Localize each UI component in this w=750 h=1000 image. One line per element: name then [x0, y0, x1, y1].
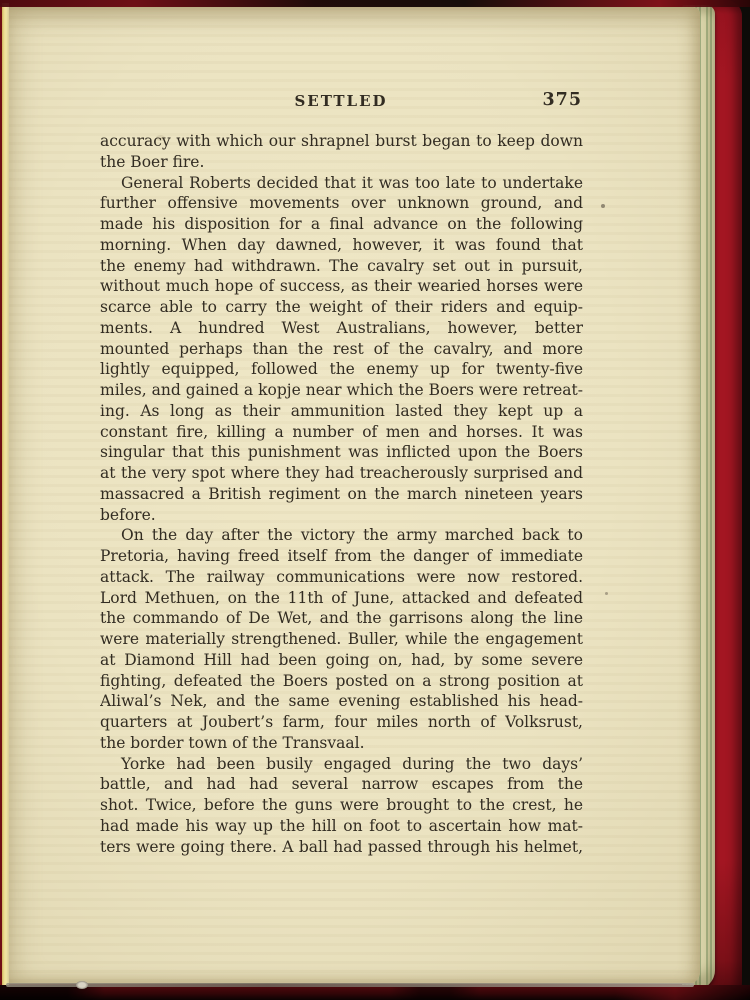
page-bottom-edge — [6, 983, 694, 987]
text-line: constant fire, killing a number of men a… — [100, 422, 583, 443]
book-photo: SETTLED 375 accuracy with which our shra… — [0, 0, 750, 1000]
text-line: battle, and had had several narrow escap… — [100, 774, 583, 795]
text-line: massacred a British regiment on the marc… — [100, 484, 583, 505]
running-head: SETTLED 375 — [100, 92, 582, 116]
cover-top-edge — [0, 0, 750, 7]
text-line: attack. The railway communications were … — [100, 567, 583, 588]
text-line: further offensive movements over unknown… — [100, 193, 583, 214]
text-line: at Diamond Hill had been going on, had, … — [100, 650, 583, 671]
text-line: accuracy with which our shrapnel burst b… — [100, 131, 583, 152]
cover-bottom-edge — [0, 985, 750, 1000]
text-line: the commando of De Wet, and the garrison… — [100, 608, 583, 629]
text-line: shot. Twice, before the guns were brough… — [100, 795, 583, 816]
paragraph: Yorke had been busily engaged during the… — [100, 754, 583, 858]
page-edge-highlight — [76, 981, 88, 989]
scan-smudge — [156, 135, 165, 141]
text-line: Aliwal’s Nek, and the same evening estab… — [100, 691, 583, 712]
text-line: were materially strengthened. Buller, wh… — [100, 629, 583, 650]
text-line: the enemy had withdrawn. The cavalry set… — [100, 256, 583, 277]
text-line: ing. As long as their ammunition lasted … — [100, 401, 583, 422]
text-line: On the day after the victory the army ma… — [100, 525, 583, 546]
text-line: made his disposition for a final advance… — [100, 214, 583, 235]
text-line: at the very spot where they had treacher… — [100, 463, 583, 484]
text-line: Lord Methuen, on the 11th of June, attac… — [100, 588, 583, 609]
text-line: had made his way up the hill on foot to … — [100, 816, 583, 837]
text-line: the border town of the Transvaal. — [100, 733, 583, 754]
text-line: fighting, defeated the Boers posted on a… — [100, 671, 583, 692]
text-line: the Boer fire. — [100, 152, 583, 173]
paragraph: On the day after the victory the army ma… — [100, 525, 583, 753]
page-text: accuracy with which our shrapnel burst b… — [100, 131, 583, 857]
text-line: Pretoria, having freed itself from the d… — [100, 546, 583, 567]
page-edge-left — [0, 3, 9, 996]
text-line: singular that this punishment was inflic… — [100, 442, 583, 463]
text-line: miles, and gained a kopje near which the… — [100, 380, 583, 401]
paragraph: accuracy with which our shrapnel burst b… — [100, 131, 583, 173]
running-title: SETTLED — [100, 92, 582, 110]
text-line: General Roberts decided that it was too … — [100, 173, 583, 194]
text-line: mounted perhaps than the rest of the cav… — [100, 339, 583, 360]
text-line: ters were going there. A ball had passed… — [100, 837, 583, 858]
text-line: ments. A hundred West Australians, howev… — [100, 318, 583, 339]
book-page: SETTLED 375 accuracy with which our shra… — [4, 7, 700, 984]
text-line: before. — [100, 505, 583, 526]
page-number: 375 — [542, 90, 582, 110]
scan-speck — [601, 204, 605, 208]
paragraph: General Roberts decided that it was too … — [100, 173, 583, 526]
text-line: morning. When day dawned, however, it wa… — [100, 235, 583, 256]
text-line: lightly equipped, followed the enemy up … — [100, 359, 583, 380]
text-line: without much hope of success, as their w… — [100, 276, 583, 297]
text-line: scarce able to carry the weight of their… — [100, 297, 583, 318]
scan-speck — [605, 592, 608, 595]
text-line: quarters at Joubert’s farm, four miles n… — [100, 712, 583, 733]
text-line: Yorke had been busily engaged during the… — [100, 754, 583, 775]
